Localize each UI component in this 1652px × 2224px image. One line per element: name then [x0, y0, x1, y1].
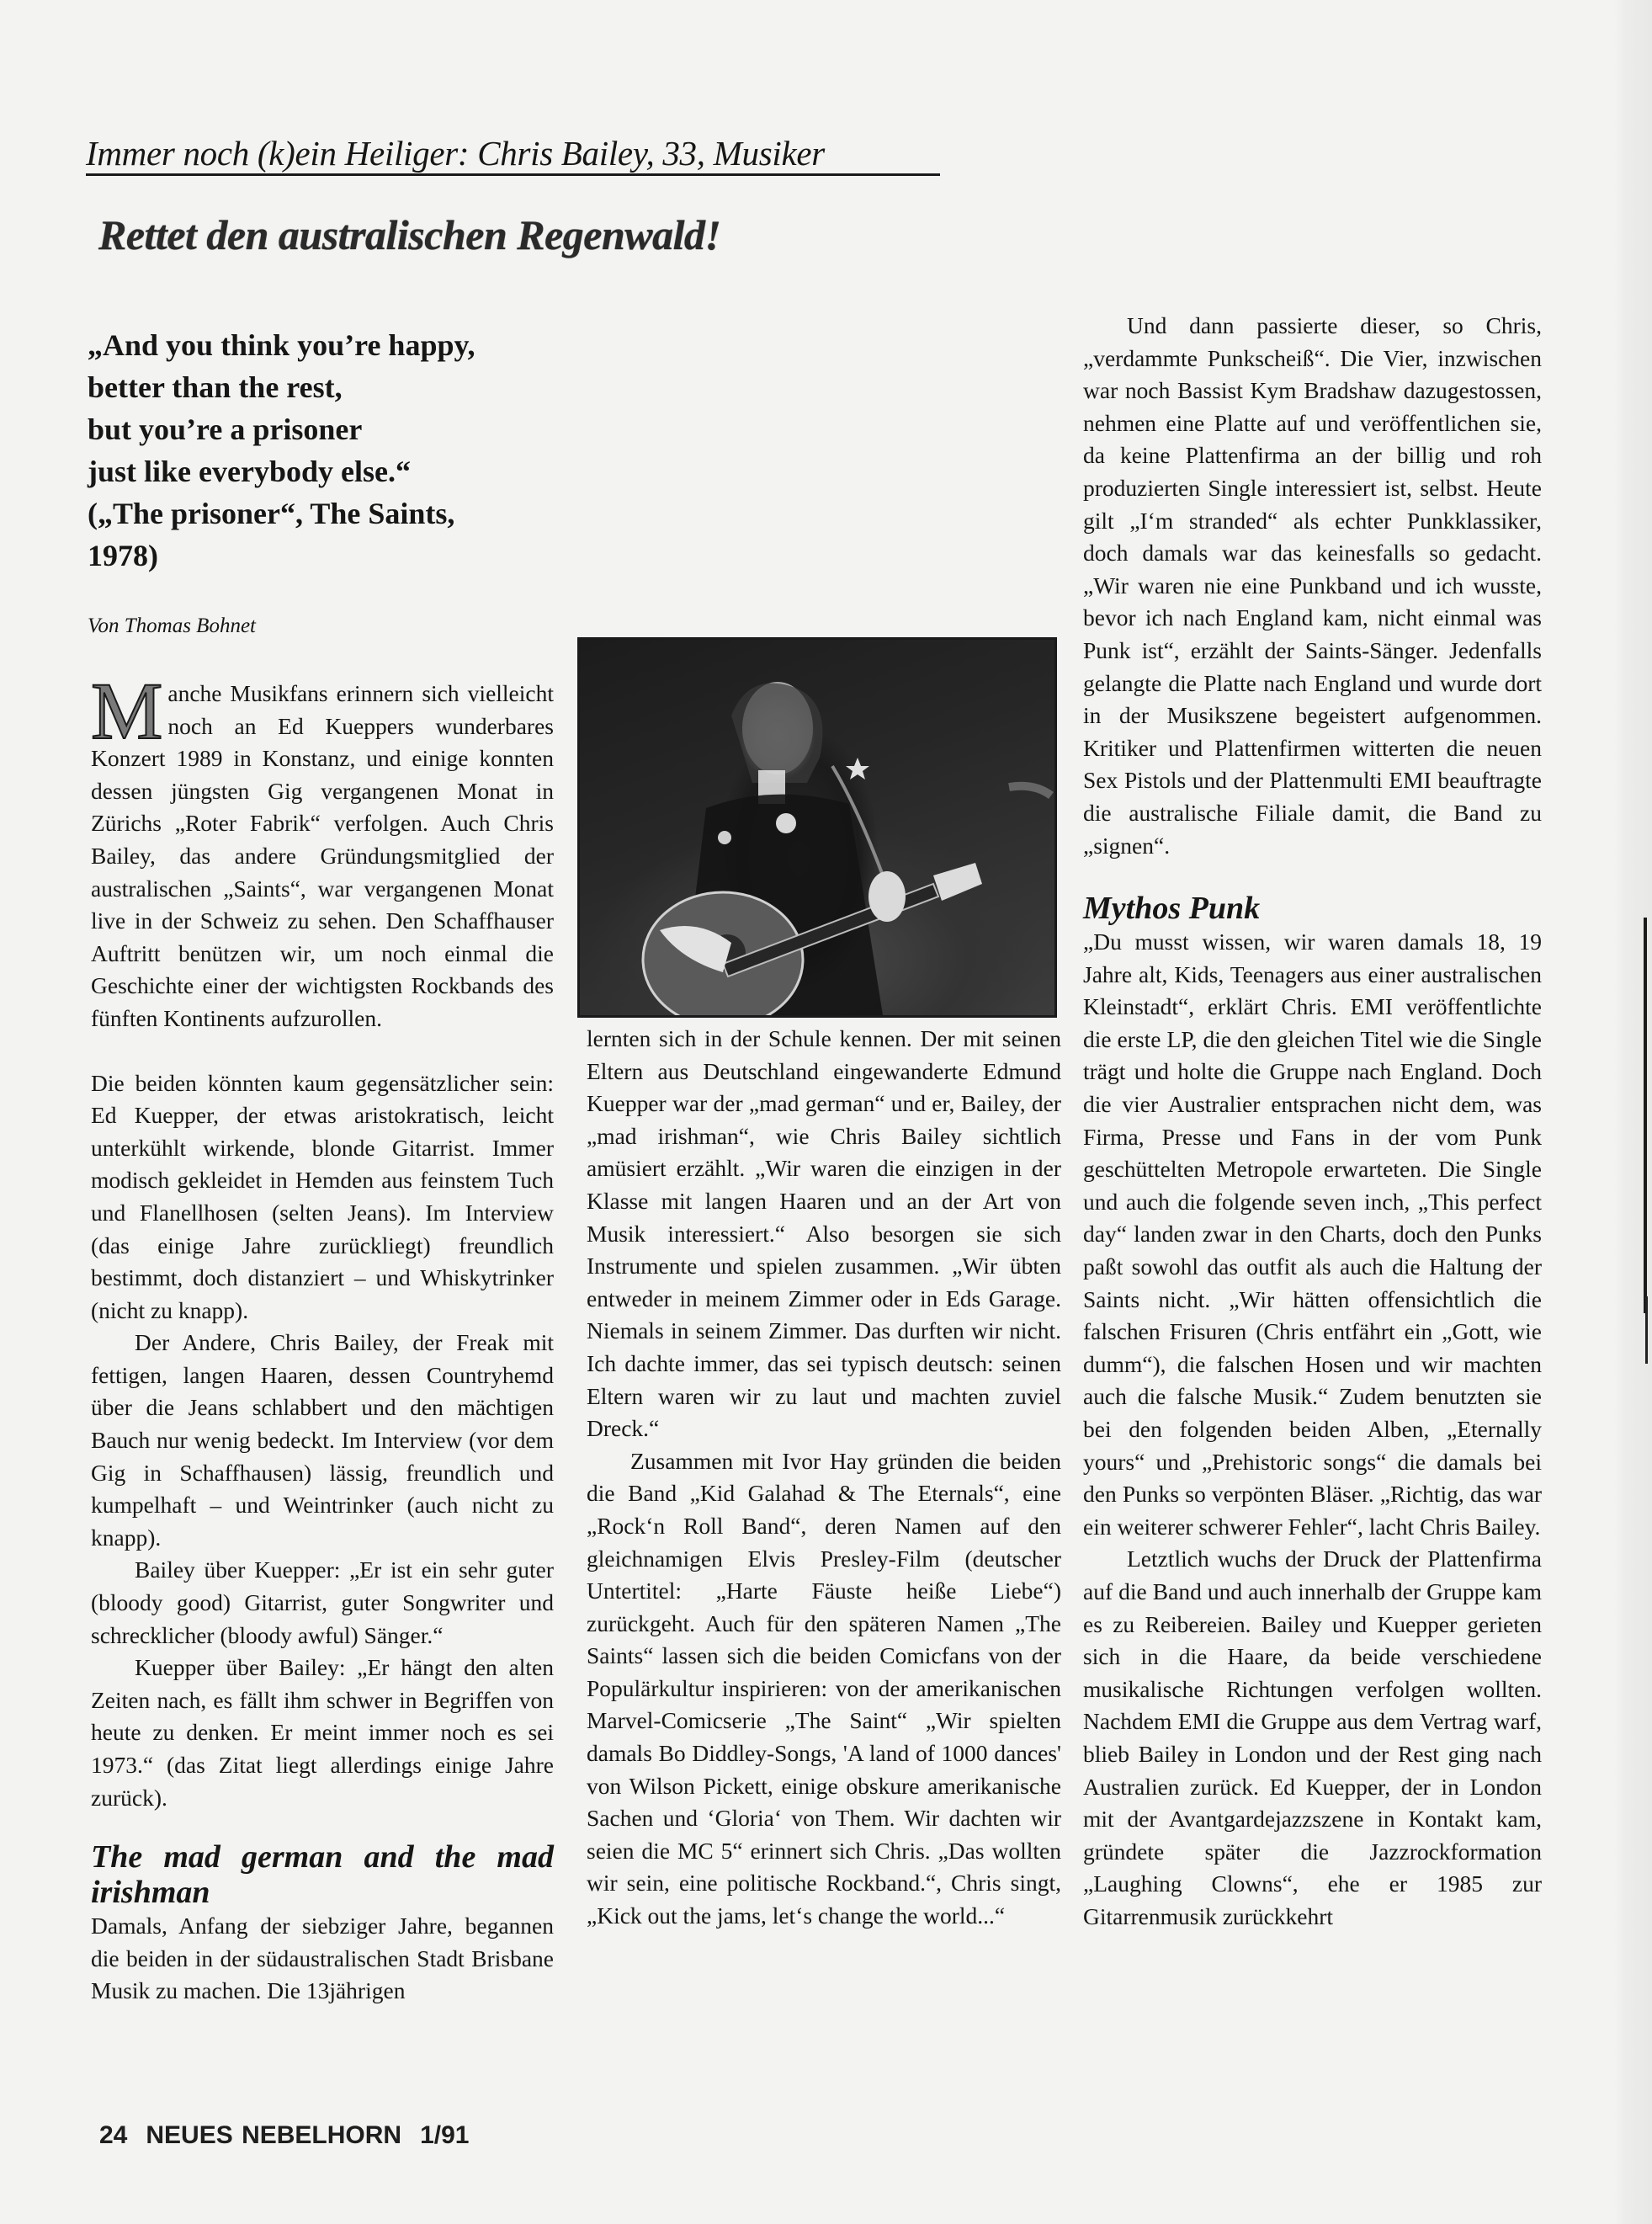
body-paragraph: Damals, Anfang der siebziger Jahre, bega…: [91, 1910, 554, 2008]
intro-paragraph: Manche Musikfans erinnern sich vielleich…: [91, 678, 554, 1035]
epigraph-quote: „And you think you’re happy, better than…: [88, 324, 525, 577]
article-headline: Rettet den australischen Regenwald!: [98, 210, 721, 259]
body-paragraph: Der Andere, Chris Bailey, der Freak mit …: [91, 1327, 554, 1554]
epigraph-line: just like everybody else.“: [88, 450, 525, 492]
issue-number: 1/91: [420, 2121, 469, 2149]
column-right: Und dann passierte dieser, so Chris, „ve…: [1083, 310, 1542, 1934]
epigraph-line: („The prisoner“, The Saints,: [88, 492, 525, 535]
body-paragraph: „Du musst wissen, wir waren damals 18, 1…: [1083, 926, 1542, 1543]
body-paragraph: lernten sich in der Schule kennen. Der m…: [587, 1023, 1061, 1445]
scan-edge-shadow: [1645, 1296, 1648, 1364]
epigraph-line: but you’re a prisoner: [88, 408, 525, 450]
column-left: Manche Musikfans erinnern sich vielleich…: [91, 678, 554, 2008]
drop-cap: M: [91, 681, 162, 742]
body-paragraph: Zusammen mit Ivor Hay gründen die beiden…: [587, 1445, 1061, 1933]
subheading: Mythos Punk: [1083, 891, 1542, 926]
epigraph-line: „And you think you’re happy,: [88, 324, 525, 366]
concert-photo: [577, 637, 1057, 1018]
body-paragraph: Letztlich wuchs der Druck der Plattenfir…: [1083, 1543, 1542, 1933]
body-paragraph: Bailey über Kuepper: „Er ist ein sehr gu…: [91, 1554, 554, 1652]
singer-guitar-icon: [580, 640, 1054, 1015]
scan-edge-shadow: [1644, 918, 1647, 1313]
page-footer: 24NEUES NEBELHORN1/91: [99, 2121, 487, 2150]
publication-name: NEUES NEBELHORN: [146, 2121, 401, 2149]
column-middle: lernten sich in der Schule kennen. Der m…: [587, 1023, 1061, 1933]
page-number: 24: [99, 2121, 127, 2149]
subheading: The mad german and the mad irishman: [91, 1839, 554, 1910]
body-paragraph: Die beiden könnten kaum gegensätzlicher …: [91, 1067, 554, 1327]
byline: Von Thomas Bohnet: [88, 615, 256, 638]
epigraph-line: 1978): [88, 535, 525, 577]
body-paragraph: Kuepper über Bailey: „Er hängt den alten…: [91, 1652, 554, 1814]
epigraph-line: better than the rest,: [88, 366, 525, 408]
article-kicker: Immer noch (k)ein Heiliger: Chris Bailey…: [86, 135, 940, 176]
body-paragraph: Und dann passierte dieser, so Chris, „ve…: [1083, 310, 1542, 862]
